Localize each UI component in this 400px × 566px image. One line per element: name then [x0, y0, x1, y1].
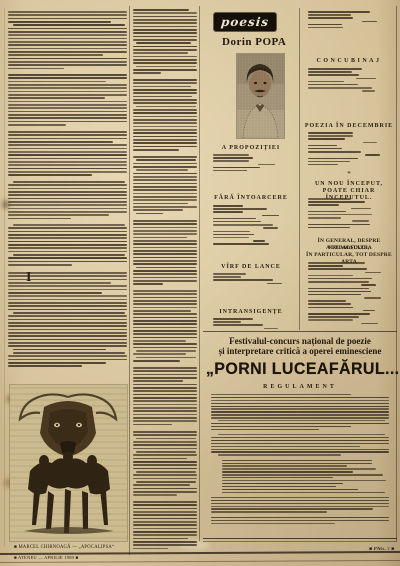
author-portrait-photo [237, 54, 284, 138]
illustration-caption: ■ MARCEL CHIRNOAGĂ — „APOCALIPSA“ [14, 545, 114, 550]
poem-text-block [213, 318, 289, 331]
festival-box-bottom-rule-2 [203, 541, 397, 542]
engraving-illustration [10, 385, 127, 541]
poem-text-block [308, 132, 390, 167]
festival-title: „PORNI LUCEAFĂRUL...“ [206, 360, 394, 379]
article-text-block [8, 272, 127, 367]
article-text-block [8, 131, 127, 178]
article-text-block [8, 74, 127, 127]
poem-text-block [308, 198, 390, 230]
poem-text-block [213, 205, 289, 246]
portrait-illustration [237, 54, 284, 138]
article-text-block [8, 11, 127, 71]
poem-title-virf-de-lance: VÎRF DE LANCE [203, 264, 299, 271]
festival-box-bottom-rule [203, 538, 397, 539]
poesis-masthead: poesis [214, 13, 276, 31]
footer-page-number: ■ PAG. 7 ■ [369, 547, 394, 552]
article-text-block [133, 431, 197, 498]
article-text-block [133, 501, 197, 551]
section-separator: * [303, 170, 395, 178]
poem-title-in-general-line2: FRUMOSULUI, [303, 245, 395, 252]
newspaper-page: { "masthead": { "title": "poesis" }, "au… [0, 0, 400, 566]
page-left-rule [4, 8, 5, 546]
poem-text-block [213, 273, 289, 286]
poem-text-block [308, 68, 390, 94]
poem-title-intransigente: INTRANSIGENȚE [203, 309, 299, 316]
footer-publication-date: ■ ATENEU — APRILIE 1989 ■ [14, 556, 78, 561]
column-rule-3 [299, 8, 300, 330]
festival-rules-heading: REGULAMENT [203, 384, 397, 390]
column-rule-1 [129, 6, 130, 555]
rules-paragraph [211, 517, 389, 524]
rules-paragraph [211, 394, 389, 430]
poem-title-concubinaj: CONCUBINAJ [303, 58, 395, 65]
poem-title-a-propozitiei: A PROPOZIȚIEI [203, 145, 299, 152]
poem-text-block [308, 262, 390, 326]
column-rule-2 [199, 6, 200, 541]
article-section-with-dropcap: I [8, 272, 127, 369]
poem-title-fara-intoarcere: FĂRĂ ÎNTOARCERE [203, 195, 299, 202]
bull-and-horsemen-drawing [10, 385, 127, 541]
rules-paragraph [211, 497, 389, 513]
festival-kicker-line2: și interpretare critică a operei eminesc… [203, 346, 397, 356]
rules-prize-list [211, 460, 389, 493]
poem-title-un-nou-inceput-line1: UN NOU ÎNCEPUT, [303, 181, 395, 188]
article-text-block [133, 220, 197, 287]
article-text-block [133, 156, 197, 216]
article-text-block [133, 9, 197, 76]
poem-text-block [213, 154, 289, 173]
poem-text-block [308, 11, 390, 30]
article-text-block [133, 290, 197, 363]
article-text-block [133, 367, 197, 427]
rules-paragraph [211, 434, 389, 456]
article-text-block [8, 224, 127, 267]
poem-title-poezia-in-decembrie: POEZIA ÎN DECEMBRIE [303, 123, 395, 130]
poesis-masthead-label: poesis [220, 15, 270, 29]
article-text-block [8, 181, 127, 221]
festival-announcement-box: Festivalul-concurs național de poezie și… [203, 331, 397, 543]
festival-kicker-line1: Festivalul-concurs național de poezie [203, 336, 397, 346]
article-text-block [133, 79, 197, 152]
author-name: Dorin POPA [222, 36, 342, 48]
